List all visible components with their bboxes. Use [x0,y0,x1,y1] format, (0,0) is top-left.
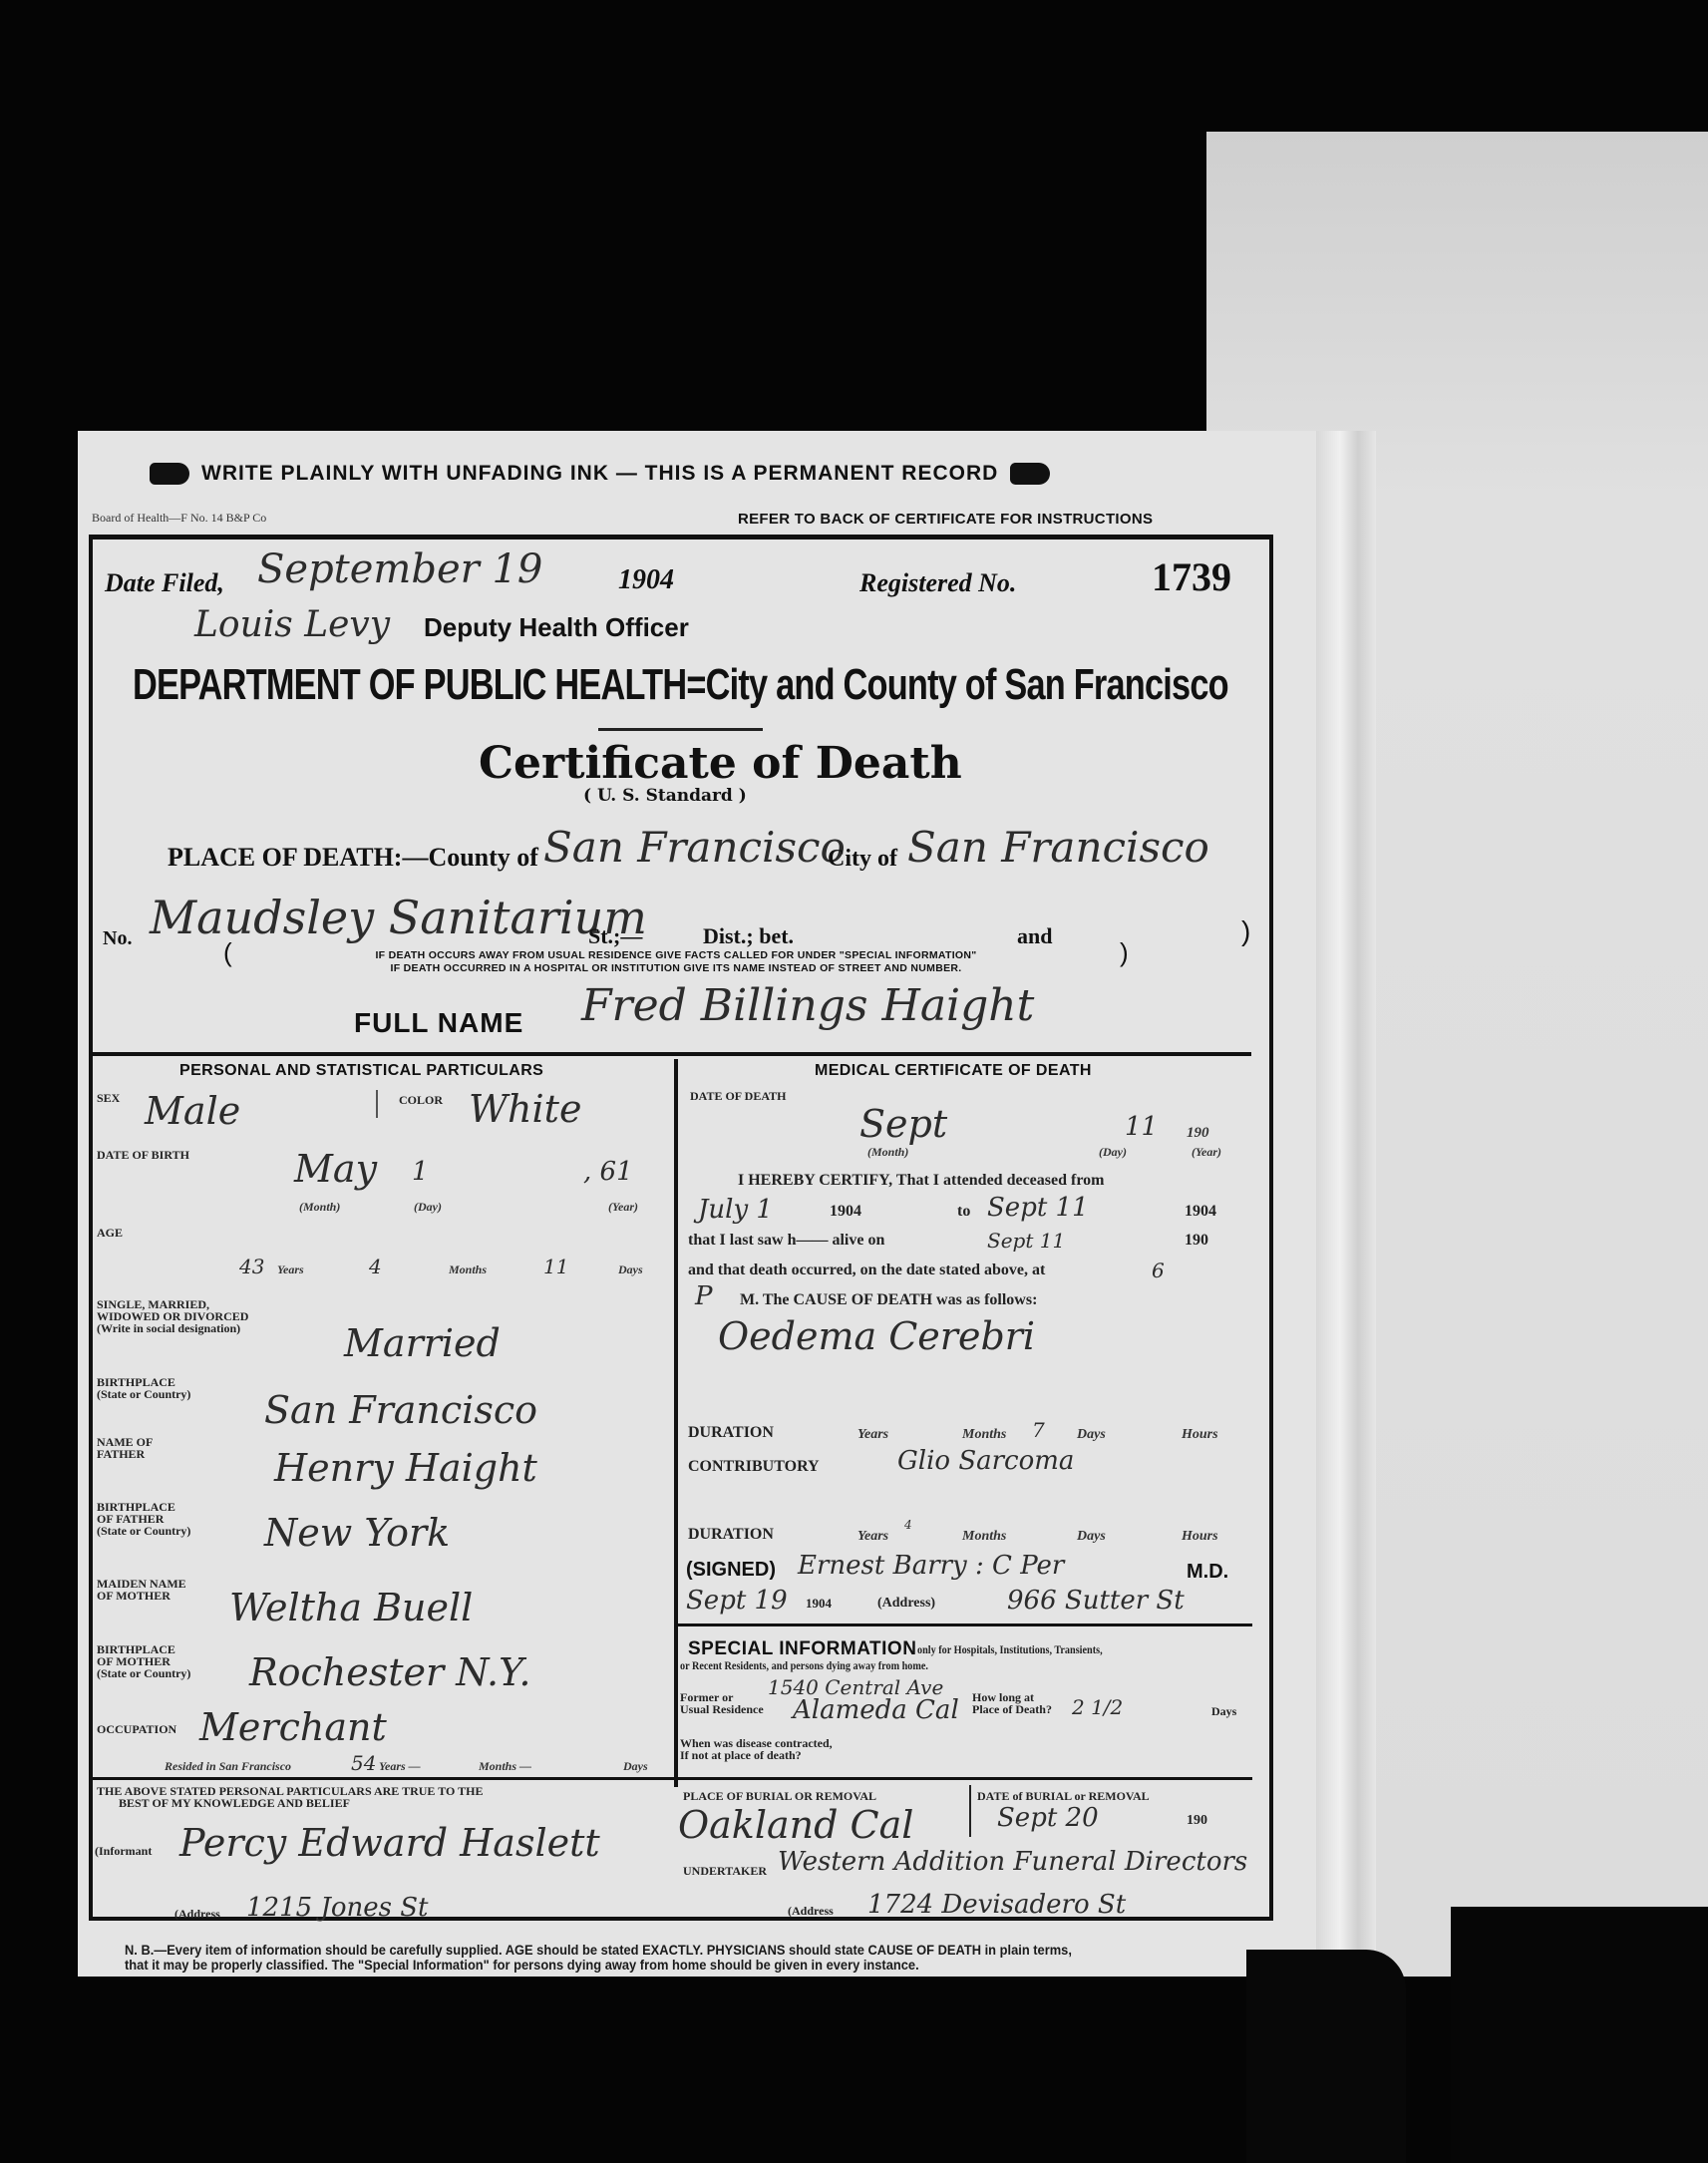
date-of-birth-label: DATE OF BIRTH [97,1149,189,1161]
dob-month: May [294,1147,377,1191]
age-years: 43 [239,1255,264,1278]
physician-address: 966 Sutter St [1007,1586,1185,1616]
mother-name-label: MAIDEN NAME OF MOTHER [97,1578,186,1602]
last-saw-date: Sept 11 [987,1229,1065,1253]
attended-to-date: Sept 11 [987,1193,1089,1223]
how-long-label: How long at Place of Death? [972,1691,1052,1715]
closing-paren: ) [1241,915,1250,947]
duration2-months-caption: Months [962,1529,1006,1545]
contracted-label-line-2: If not at place of death? [680,1749,833,1761]
duration-days-value: 7 [1032,1418,1045,1442]
informant-statement: THE ABOVE STATED PERSONAL PARTICULARS AR… [97,1785,483,1809]
birthplace-label: BIRTHPLACE (State or Country) [97,1376,190,1400]
refer-instructions: REFER TO BACK OF CERTIFICATE FOR INSTRUC… [738,511,1153,528]
burial-divider [674,1777,1252,1780]
undertaker-address-label: (Address [788,1905,834,1917]
pointing-hand-icon [1010,463,1050,485]
marital-value: Married [344,1321,501,1365]
dod-month: Sept [859,1102,947,1146]
informant-statement-line-2: BEST OF MY KNOWLEDGE AND BELIEF [97,1797,483,1809]
mother-bp-label-line-3: (State or Country) [97,1667,190,1679]
cause-of-death: Oedema Cerebri [718,1314,1035,1358]
registered-no-label: Registered No. [859,568,1016,598]
date-of-death-label: DATE OF DEATH [690,1090,786,1102]
standard-subtitle: ( U. S. Standard ) [583,786,747,806]
special-info-divider [674,1623,1252,1626]
signed-year: 1904 [806,1596,832,1612]
certify-text: I HEREBY CERTIFY, That I attended deceas… [738,1172,1104,1190]
age-days: 11 [543,1255,568,1278]
mother-name-value: Weltha Buell [229,1586,473,1629]
death-time: 6 [1152,1259,1165,1282]
county-value: San Francisco [543,823,846,872]
officer-signature: Louis Levy [194,604,390,645]
to-label: to [957,1203,970,1221]
informant-divider [89,1777,677,1780]
city-value: San Francisco [907,823,1209,872]
how-long-value: 2 1/2 [1072,1695,1123,1719]
duration-days-caption: Days [1077,1427,1106,1443]
age-days-caption: Days [618,1262,643,1277]
officer-title: Deputy Health Officer [424,612,689,643]
residence-note: IF DEATH OCCURS AWAY FROM USUAL RESIDENC… [237,949,1115,975]
burial-year: 190 [1187,1813,1207,1829]
informant-address: 1215 Jones St [246,1893,429,1923]
and-label: and [1017,923,1052,949]
informant-address-label: (Address [174,1908,220,1920]
age-months: 4 [369,1255,382,1278]
certificate-title: Certificate of Death [479,738,962,789]
dob-day: 1 [412,1157,429,1187]
father-label-line-2: FATHER [97,1448,153,1460]
father-birthplace-label: BIRTHPLACE OF FATHER (State or Country) [97,1501,190,1537]
dob-year-caption: (Year) [608,1200,638,1215]
marital-label: SINGLE, MARRIED, WIDOWED OR DIVORCED (Wr… [97,1298,248,1334]
title-divider [598,728,763,731]
resided-days-caption: Days [623,1759,648,1774]
birthplace-label-line-2: (State or Country) [97,1388,190,1400]
address-value: Maudsley Sanitarium [150,891,647,944]
date-filed-value: September 19 [257,546,542,592]
occupation-label: OCCUPATION [97,1723,176,1735]
last-saw-year: 190 [1185,1232,1208,1250]
resided-years-caption: Years — [379,1759,421,1774]
attended-to-year: 1904 [1185,1203,1216,1221]
signed-date: Sept 19 [686,1586,788,1616]
dark-background-corner [1451,1907,1708,2163]
full-name-value: Fred Billings Haight [581,980,1034,1031]
undertaker-value: Western Addition Funeral Directors [778,1847,1247,1877]
attended-from-year: 1904 [830,1203,861,1221]
color-label: COLOR [399,1094,443,1106]
duration-months-caption: Months [962,1427,1006,1443]
street-no-label: No. [103,927,132,950]
how-long-days-label: Days [1211,1705,1236,1717]
am-pm: P [695,1281,713,1311]
dod-month-caption: (Month) [867,1145,908,1160]
attended-from-date: July 1 [698,1195,773,1225]
marital-label-line-3: (Write in social designation) [97,1322,248,1334]
father-name-label: NAME OF FATHER [97,1436,153,1460]
registered-number: 1739 [1152,553,1231,600]
resided-months-caption: Months — [479,1759,531,1774]
nb-footnote: N. B.—Every item of information should b… [125,1943,1079,1973]
age-years-caption: Years [277,1262,304,1277]
md-label: M.D. [1187,1561,1228,1584]
street-label: St.;— [588,923,642,949]
dark-background-shape [1246,1950,1406,2163]
color-value: White [469,1087,581,1131]
burial-place: Oakland Cal [678,1803,913,1847]
informant-name: Percy Edward Haslett [179,1821,600,1865]
personal-heading: PERSONAL AND STATISTICAL PARTICULARS [179,1062,543,1080]
informant-label: (Informant [95,1845,152,1857]
page-binding-edge [1316,431,1376,1977]
district-label: Dist.; bet. [703,923,794,949]
section-divider [89,1052,1251,1056]
form-number: Board of Health—F No. 14 B&P Co [92,511,266,526]
date-filed-year: 1904 [618,564,674,596]
father-birthplace-value: New York [264,1511,450,1555]
banner-text: WRITE PLAINLY WITH UNFADING INK — THIS I… [201,462,998,486]
resided-label: Resided in San Francisco [165,1759,291,1774]
signed-label: (SIGNED) [686,1559,776,1582]
mother-label-line-2: OF MOTHER [97,1590,186,1602]
occupation-value: Merchant [199,1705,387,1749]
father-bp-label-line-3: (State or Country) [97,1525,190,1537]
dob-day-caption: (Day) [414,1200,442,1215]
duration2-hours-caption: Hours [1182,1529,1218,1545]
former-residence-label-line-2: Usual Residence [680,1703,764,1715]
mother-birthplace-label: BIRTHPLACE OF MOTHER (State or Country) [97,1643,190,1679]
duration2-years-value: 4 [904,1518,912,1532]
duration-years-caption: Years [857,1427,888,1443]
special-info-heading: SPECIAL INFORMATION [688,1638,916,1660]
physician-signature: Ernest Barry : C Per [798,1551,1064,1581]
duration-hours-caption: Hours [1182,1427,1218,1443]
age-months-caption: Months [449,1262,487,1277]
full-name-label: FULL NAME [354,1007,523,1039]
residence-note-line-1: IF DEATH OCCURS AWAY FROM USUAL RESIDENC… [237,949,1115,962]
undertaker-address: 1724 Devisadero St [867,1890,1126,1920]
contracted-label: When was disease contracted, If not at p… [680,1737,833,1761]
physician-address-label: (Address) [877,1596,935,1612]
cause-intro-text: M. The CAUSE OF DEATH was as follows: [740,1291,1037,1309]
residence-city: Alameda Cal [793,1695,959,1725]
birthplace-value: San Francisco [264,1388,537,1432]
date-filed-label: Date Filed, [105,568,224,598]
duration2-days-caption: Days [1077,1529,1106,1545]
place-of-death-label: PLACE OF DEATH:—County of [168,843,538,873]
sex-label: SEX [97,1092,120,1104]
duration2-label: DURATION [688,1526,774,1544]
contributory-value: Glio Sarcoma [897,1446,1074,1476]
resided-years: 54 [351,1751,376,1775]
dod-day-caption: (Day) [1099,1145,1127,1160]
dod-year: 190 [1187,1125,1209,1142]
dod-day: 11 [1125,1112,1158,1142]
contributory-label: CONTRIBUTORY [688,1458,820,1476]
pointing-hand-icon [150,463,189,485]
sex-value: Male [145,1089,240,1133]
burial-date: Sept 20 [997,1803,1099,1833]
medical-heading: MEDICAL CERTIFICATE OF DEATH [815,1062,1092,1080]
duration-label: DURATION [688,1424,774,1442]
special-info-note-1: only for Hospitals, Institutions, Transi… [917,1643,1103,1655]
duration2-years-caption: Years [857,1529,888,1545]
dob-month-caption: (Month) [299,1200,340,1215]
death-occurred-text: and that death occurred, on the date sta… [688,1262,1045,1279]
how-long-label-line-2: Place of Death? [972,1703,1052,1715]
father-name-value: Henry Haight [274,1446,537,1490]
department-title: DEPARTMENT OF PUBLIC HEALTH=City and Cou… [133,660,996,710]
residence-note-line-2: IF DEATH OCCURRED IN A HOSPITAL OR INSTI… [237,962,1115,975]
age-label: AGE [97,1227,123,1239]
burial-place-label: PLACE OF BURIAL OR REMOVAL [683,1790,876,1802]
special-info-note-2: or Recent Residents, and persons dying a… [680,1659,928,1671]
column-divider [674,1059,678,1787]
city-label: City of [828,846,897,873]
burial-date-label: DATE of BURIAL or REMOVAL [977,1790,1150,1802]
permanent-record-banner: WRITE PLAINLY WITH UNFADING INK — THIS I… [150,462,1226,486]
mother-birthplace-value: Rochester N.Y. [249,1650,530,1694]
burial-column-divider [969,1785,971,1837]
last-saw-text: that I last saw h—— alive on [688,1232,884,1250]
former-residence-label: Former or Usual Residence [680,1691,764,1715]
dob-year: , 61 [583,1157,633,1187]
sex-color-divider [376,1090,378,1118]
dod-year-caption: (Year) [1192,1145,1221,1160]
undertaker-label: UNDERTAKER [683,1865,767,1877]
